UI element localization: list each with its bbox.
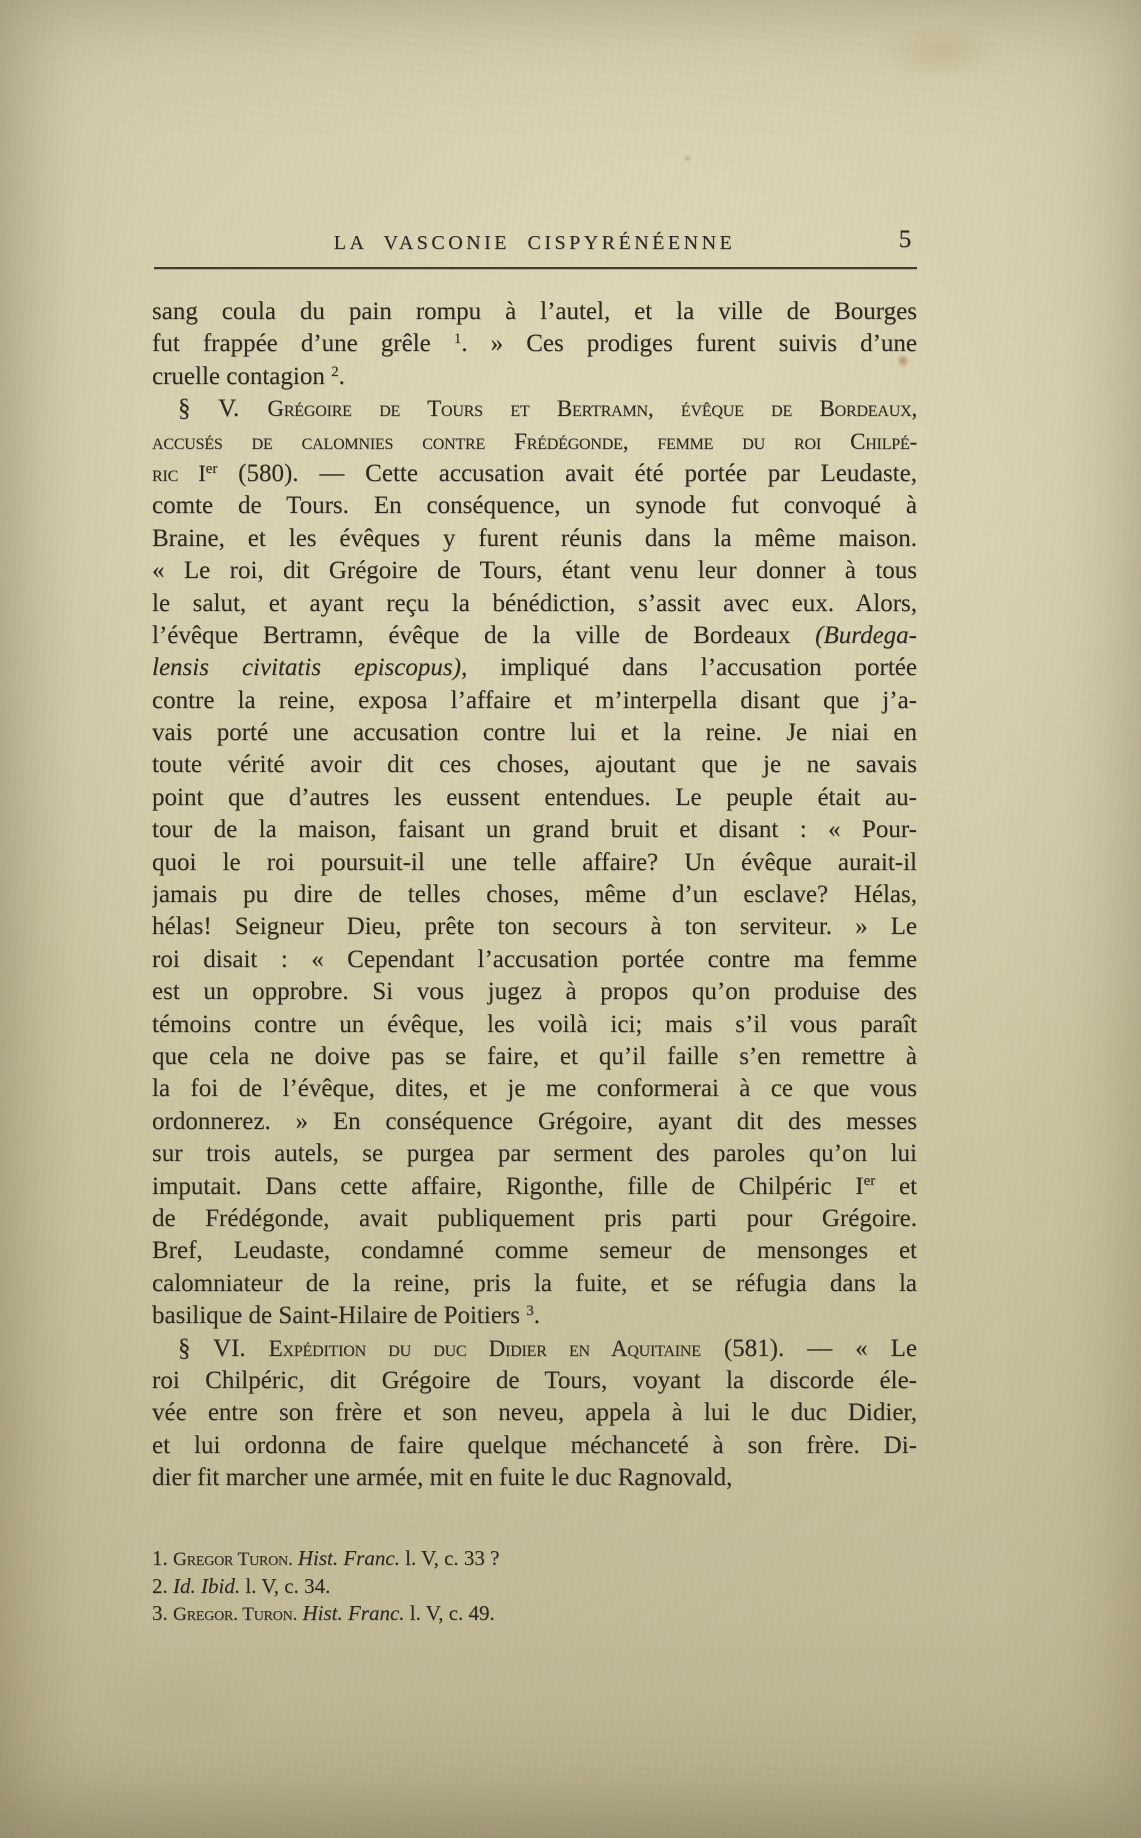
- text-segment: (580). — Cette accusation avait été port…: [217, 460, 917, 487]
- text-segment: ric I: [152, 461, 206, 486]
- scanned-book-page: LA VASCONIE CISPYRÉNÉENNE 5 sang coula d…: [0, 0, 1141, 1838]
- text-segment: toute vérité avoir dit ces choses, ajout…: [152, 751, 917, 778]
- text-line: vée entre son frère et son neveu, appela…: [152, 1397, 917, 1429]
- text-segment: l. V, c. 33 ?: [400, 1546, 500, 1570]
- text-segment: . » Ces prodiges furent suivis d’une: [461, 330, 917, 357]
- text-line: sur trois autels, se purgea par serment …: [152, 1138, 917, 1170]
- text-segment: 3: [526, 1303, 534, 1319]
- text-segment: quoi le roi poursuit-il une telle affair…: [152, 849, 917, 876]
- text-segment: accusés de calomnies contre Frédégonde, …: [152, 429, 917, 454]
- text-line: « Le roi, dit Grégoire de Tours, étant v…: [152, 555, 917, 587]
- text-line: le salut, et ayant reçu la bénédiction, …: [152, 588, 917, 620]
- text-segment: jamais pu dire de telles choses, même d’…: [152, 881, 917, 908]
- text-segment: « Le roi, dit Grégoire de Tours, étant v…: [152, 557, 917, 584]
- text-segment: l. V, c. 49.: [405, 1601, 495, 1625]
- text-segment: de Frédégonde, avait publiquement pris p…: [152, 1205, 917, 1232]
- text-segment: vais porté une accusation contre lui et …: [152, 719, 917, 746]
- text-line: vais porté une accusation contre lui et …: [152, 717, 917, 749]
- text-line: la foi de l’évêque, dites, et je me conf…: [152, 1073, 917, 1105]
- text-segment: Braine, et les évêques y furent réunis d…: [152, 525, 917, 552]
- text-line: est un opprobre. Si vous jugez à propos …: [152, 976, 917, 1008]
- body-text: sang coula du pain rompu à l’autel, et l…: [152, 296, 917, 1494]
- text-line: ric Ier (580). — Cette accusation avait …: [152, 458, 917, 490]
- text-segment: 2.: [152, 1574, 173, 1598]
- running-header-title: LA VASCONIE CISPYRÉNÉENNE: [152, 231, 917, 255]
- text-segment: le salut, et ayant reçu la bénédiction, …: [152, 590, 917, 617]
- text-line: dier fit marcher une armée, mit en fuite…: [152, 1462, 917, 1494]
- text-segment: basilique de Saint-Hilaire de Poitiers: [152, 1302, 526, 1329]
- text-segment: roi disait : « Cependant l’accusation po…: [152, 946, 917, 973]
- text-segment: dier fit marcher une armée, mit en fuite…: [152, 1464, 732, 1491]
- text-segment: Hist. Franc.: [302, 1601, 404, 1625]
- paper-stain: [70, 1640, 290, 1760]
- paper-stain: [683, 154, 692, 163]
- text-segment: .: [339, 363, 345, 390]
- text-segment: l. V, c. 34.: [240, 1574, 330, 1598]
- text-line: 1. Gregor Turon. Hist. Franc. l. V, c. 3…: [152, 1545, 917, 1573]
- text-segment: point que d’autres les eussent entendues…: [152, 784, 917, 811]
- text-segment: impliqué dans l’accusation portée: [467, 654, 917, 681]
- text-line: calomniateur de la reine, pris la fuite,…: [152, 1268, 917, 1300]
- text-segment: est un opprobre. Si vous jugez à propos …: [152, 978, 917, 1005]
- text-segment: imputait. Dans cette affaire, Rigonthe, …: [152, 1173, 864, 1200]
- text-line: roi disait : « Cependant l’accusation po…: [152, 944, 917, 976]
- text-segment: que cela ne doive pas se faire, et qu’il…: [152, 1043, 917, 1070]
- text-line: que cela ne doive pas se faire, et qu’il…: [152, 1041, 917, 1073]
- text-segment: 3.: [152, 1601, 173, 1625]
- text-segment: ordonnerez. » En conséquence Grégoire, a…: [152, 1108, 917, 1135]
- text-segment: tour de la maison, faisant un grand brui…: [152, 816, 917, 843]
- text-segment: Gregor Turon.: [173, 1549, 293, 1570]
- text-line: hélas! Seigneur Dieu, prête ton secours …: [152, 911, 917, 943]
- text-line: témoins contre un évêque, les voilà ici;…: [152, 1009, 917, 1041]
- text-line: jamais pu dire de telles choses, même d’…: [152, 879, 917, 911]
- text-segment: Expédition du duc Didier en Aquitaine: [269, 1336, 701, 1361]
- text-segment: § V.: [178, 395, 267, 422]
- text-segment: Gregor. Turon.: [173, 1604, 297, 1625]
- text-line: comte de Tours. En conséquence, un synod…: [152, 490, 917, 522]
- text-segment: hélas! Seigneur Dieu, prête ton secours …: [152, 913, 917, 940]
- text-line: quoi le roi poursuit-il une telle affair…: [152, 847, 917, 879]
- text-segment: 1: [454, 331, 462, 347]
- text-segment: et: [875, 1173, 917, 1200]
- text-line: accusés de calomnies contre Frédégonde, …: [152, 426, 917, 458]
- text-line: tour de la maison, faisant un grand brui…: [152, 814, 917, 846]
- header-rule: [154, 267, 917, 269]
- text-line: contre la reine, exposa l’affaire et m’i…: [152, 685, 917, 717]
- text-segment: er: [206, 461, 218, 477]
- text-line: imputait. Dans cette affaire, Rigonthe, …: [152, 1171, 917, 1203]
- text-segment: er: [864, 1173, 876, 1189]
- text-line: de Frédégonde, avait publiquement pris p…: [152, 1203, 917, 1235]
- text-line: Bref, Leudaste, condamné comme semeur de…: [152, 1235, 917, 1267]
- text-segment: calomniateur de la reine, pris la fuite,…: [152, 1270, 917, 1297]
- text-segment: 1.: [152, 1546, 173, 1570]
- text-segment: témoins contre un évêque, les voilà ici;…: [152, 1011, 917, 1038]
- text-line: l’évêque Bertramn, évêque de la ville de…: [152, 620, 917, 652]
- text-segment: fut frappée d’une grêle: [152, 330, 454, 357]
- paper-stain: [856, 14, 1026, 90]
- text-segment: Id. Ibid.: [173, 1574, 240, 1598]
- text-segment: contre la reine, exposa l’affaire et m’i…: [152, 687, 917, 714]
- text-segment: l’évêque Bertramn, évêque de la ville de…: [152, 622, 815, 649]
- text-line: Braine, et les évêques y furent réunis d…: [152, 523, 917, 555]
- text-segment: 2: [331, 364, 339, 380]
- text-line: lensis civitatis episcopus), impliqué da…: [152, 652, 917, 684]
- text-line: § VI. Expédition du duc Didier en Aquita…: [152, 1333, 917, 1365]
- text-segment: sang coula du pain rompu à l’autel, et l…: [152, 298, 917, 325]
- text-line: cruelle contagion 2.: [152, 361, 917, 393]
- text-line: toute vérité avoir dit ces choses, ajout…: [152, 749, 917, 781]
- text-line: point que d’autres les eussent entendues…: [152, 782, 917, 814]
- text-segment: Bref, Leudaste, condamné comme semeur de…: [152, 1237, 917, 1264]
- text-segment: (Burdega-: [815, 622, 917, 649]
- text-line: § V. Grégoire de Tours et Bertramn, évêq…: [152, 393, 917, 425]
- text-line: 3. Gregor. Turon. Hist. Franc. l. V, c. …: [152, 1600, 917, 1628]
- text-segment: (581). — « Le: [701, 1335, 917, 1362]
- page-number: 5: [885, 226, 925, 254]
- text-segment: .: [534, 1302, 540, 1329]
- text-segment: comte de Tours. En conséquence, un synod…: [152, 492, 917, 519]
- text-line: basilique de Saint-Hilaire de Poitiers 3…: [152, 1300, 917, 1332]
- text-segment: et lui ordonna de faire quelque méchance…: [152, 1432, 917, 1459]
- text-segment: lensis civitatis episcopus),: [152, 654, 467, 681]
- text-segment: roi Chilpéric, dit Grégoire de Tours, vo…: [152, 1367, 917, 1394]
- text-line: fut frappée d’une grêle 1. » Ces prodige…: [152, 328, 917, 360]
- text-line: ordonnerez. » En conséquence Grégoire, a…: [152, 1106, 917, 1138]
- text-segment: sur trois autels, se purgea par serment …: [152, 1140, 917, 1167]
- text-line: roi Chilpéric, dit Grégoire de Tours, vo…: [152, 1365, 917, 1397]
- text-segment: Grégoire de Tours et Bertramn, évêque de…: [267, 396, 917, 421]
- text-segment: § VI.: [178, 1335, 269, 1362]
- text-segment: vée entre son frère et son neveu, appela…: [152, 1399, 917, 1426]
- text-segment: Hist. Franc.: [298, 1546, 400, 1570]
- text-segment: la foi de l’évêque, dites, et je me conf…: [152, 1075, 917, 1102]
- text-line: sang coula du pain rompu à l’autel, et l…: [152, 296, 917, 328]
- text-line: 2. Id. Ibid. l. V, c. 34.: [152, 1573, 917, 1601]
- text-segment: cruelle contagion: [152, 363, 331, 390]
- footnotes: 1. Gregor Turon. Hist. Franc. l. V, c. 3…: [152, 1545, 917, 1628]
- text-line: et lui ordonna de faire quelque méchance…: [152, 1430, 917, 1462]
